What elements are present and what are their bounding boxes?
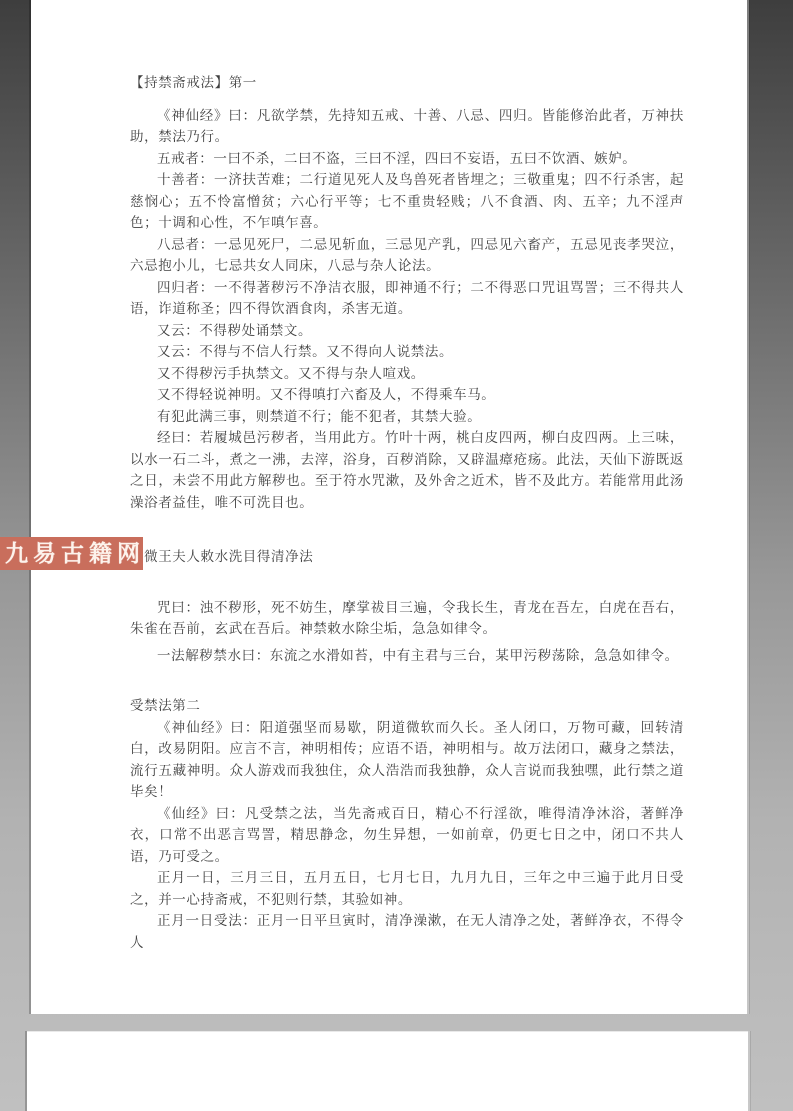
viewer-background: { "watermark": { "text": "九易古籍网" }, "col…	[0, 0, 793, 1111]
paragraph: 十善者：一济扶苦难；二行道见死人及鸟兽死者皆埋之；三敬重鬼；四不行杀害，起慈悯心…	[130, 169, 684, 234]
paragraph: 《神仙经》曰：阳道强坚而易歇，阴道微软而久长。圣人闭口，万物可藏，回转清白，改易…	[130, 717, 684, 803]
next-document-page	[27, 1031, 748, 1111]
paragraph: 有犯此满三事，则禁道不行；能不犯者，其禁大验。	[130, 406, 684, 428]
chapter-title: 【持禁斋戒法】第一	[130, 72, 684, 94]
document-page: 【持禁斋戒法】第一 《神仙经》曰：凡欲学禁，先持知五戒、十善、八忌、四归。皆能修…	[31, 0, 747, 1014]
paragraph: 咒曰：浊不秽形，死不妨生，摩掌祓目三遍，令我长生，青龙在吾左，白虎在吾右，朱雀在…	[130, 597, 684, 640]
paragraph: 五戒者：一曰不杀，二曰不盗，三曰不淫，四曰不妄语，五曰不饮酒、嫉妒。	[130, 148, 684, 170]
paragraph: 又云：不得秽处诵禁文。	[130, 320, 684, 342]
paragraph: 经曰：若履城邑污秽者，当用此方。竹叶十两，桃白皮四两，柳白皮四两。上三味，以水一…	[130, 427, 684, 513]
site-watermark-badge: 九易古籍网	[0, 537, 143, 570]
section-heading-receiving-prohibitions: 受禁法第二	[130, 695, 684, 717]
paragraph: 《仙经》曰：凡受禁之法，当先斋戒百日，精心不行淫欲，唯得清净沐浴，著鲜净衣，口常…	[130, 803, 684, 868]
paragraph: 四归者：一不得著秽污不净洁衣服，即神通不行；二不得恶口咒诅骂詈；三不得共人语，诈…	[130, 277, 684, 320]
section-heading-purification-method: 紫微王夫人敕水洗目得清净法	[130, 546, 684, 568]
paragraph: 又不得秽污手执禁文。又不得与杂人喧戏。	[130, 363, 684, 385]
paragraph: 《神仙经》曰：凡欲学禁，先持知五戒、十善、八忌、四归。皆能修治此者，万神扶助，禁…	[130, 105, 684, 148]
paragraph: 一法解秽禁水曰：东流之水滑如苔，中有主君与三台，某甲污秽荡除，急急如律令。	[130, 645, 684, 667]
paragraph: 又云：不得与不信人行禁。又不得向人说禁法。	[130, 341, 684, 363]
paragraph: 又不得轻说神明。又不得嗔打六畜及人，不得乘车马。	[130, 384, 684, 406]
paragraph: 八忌者：一忌见死尸，二忌见斩血，三忌见产乳，四忌见六畜产，五忌见丧孝哭泣，六忌抱…	[130, 234, 684, 277]
paragraph: 正月一日受法：正月一日平旦寅时，清净澡漱，在无人清净之处，著鲜净衣，不得令人	[130, 910, 684, 953]
paragraph: 正月一日，三月三日，五月五日，七月七日，九月九日，三年之中三遍于此月日受之，并一…	[130, 867, 684, 910]
